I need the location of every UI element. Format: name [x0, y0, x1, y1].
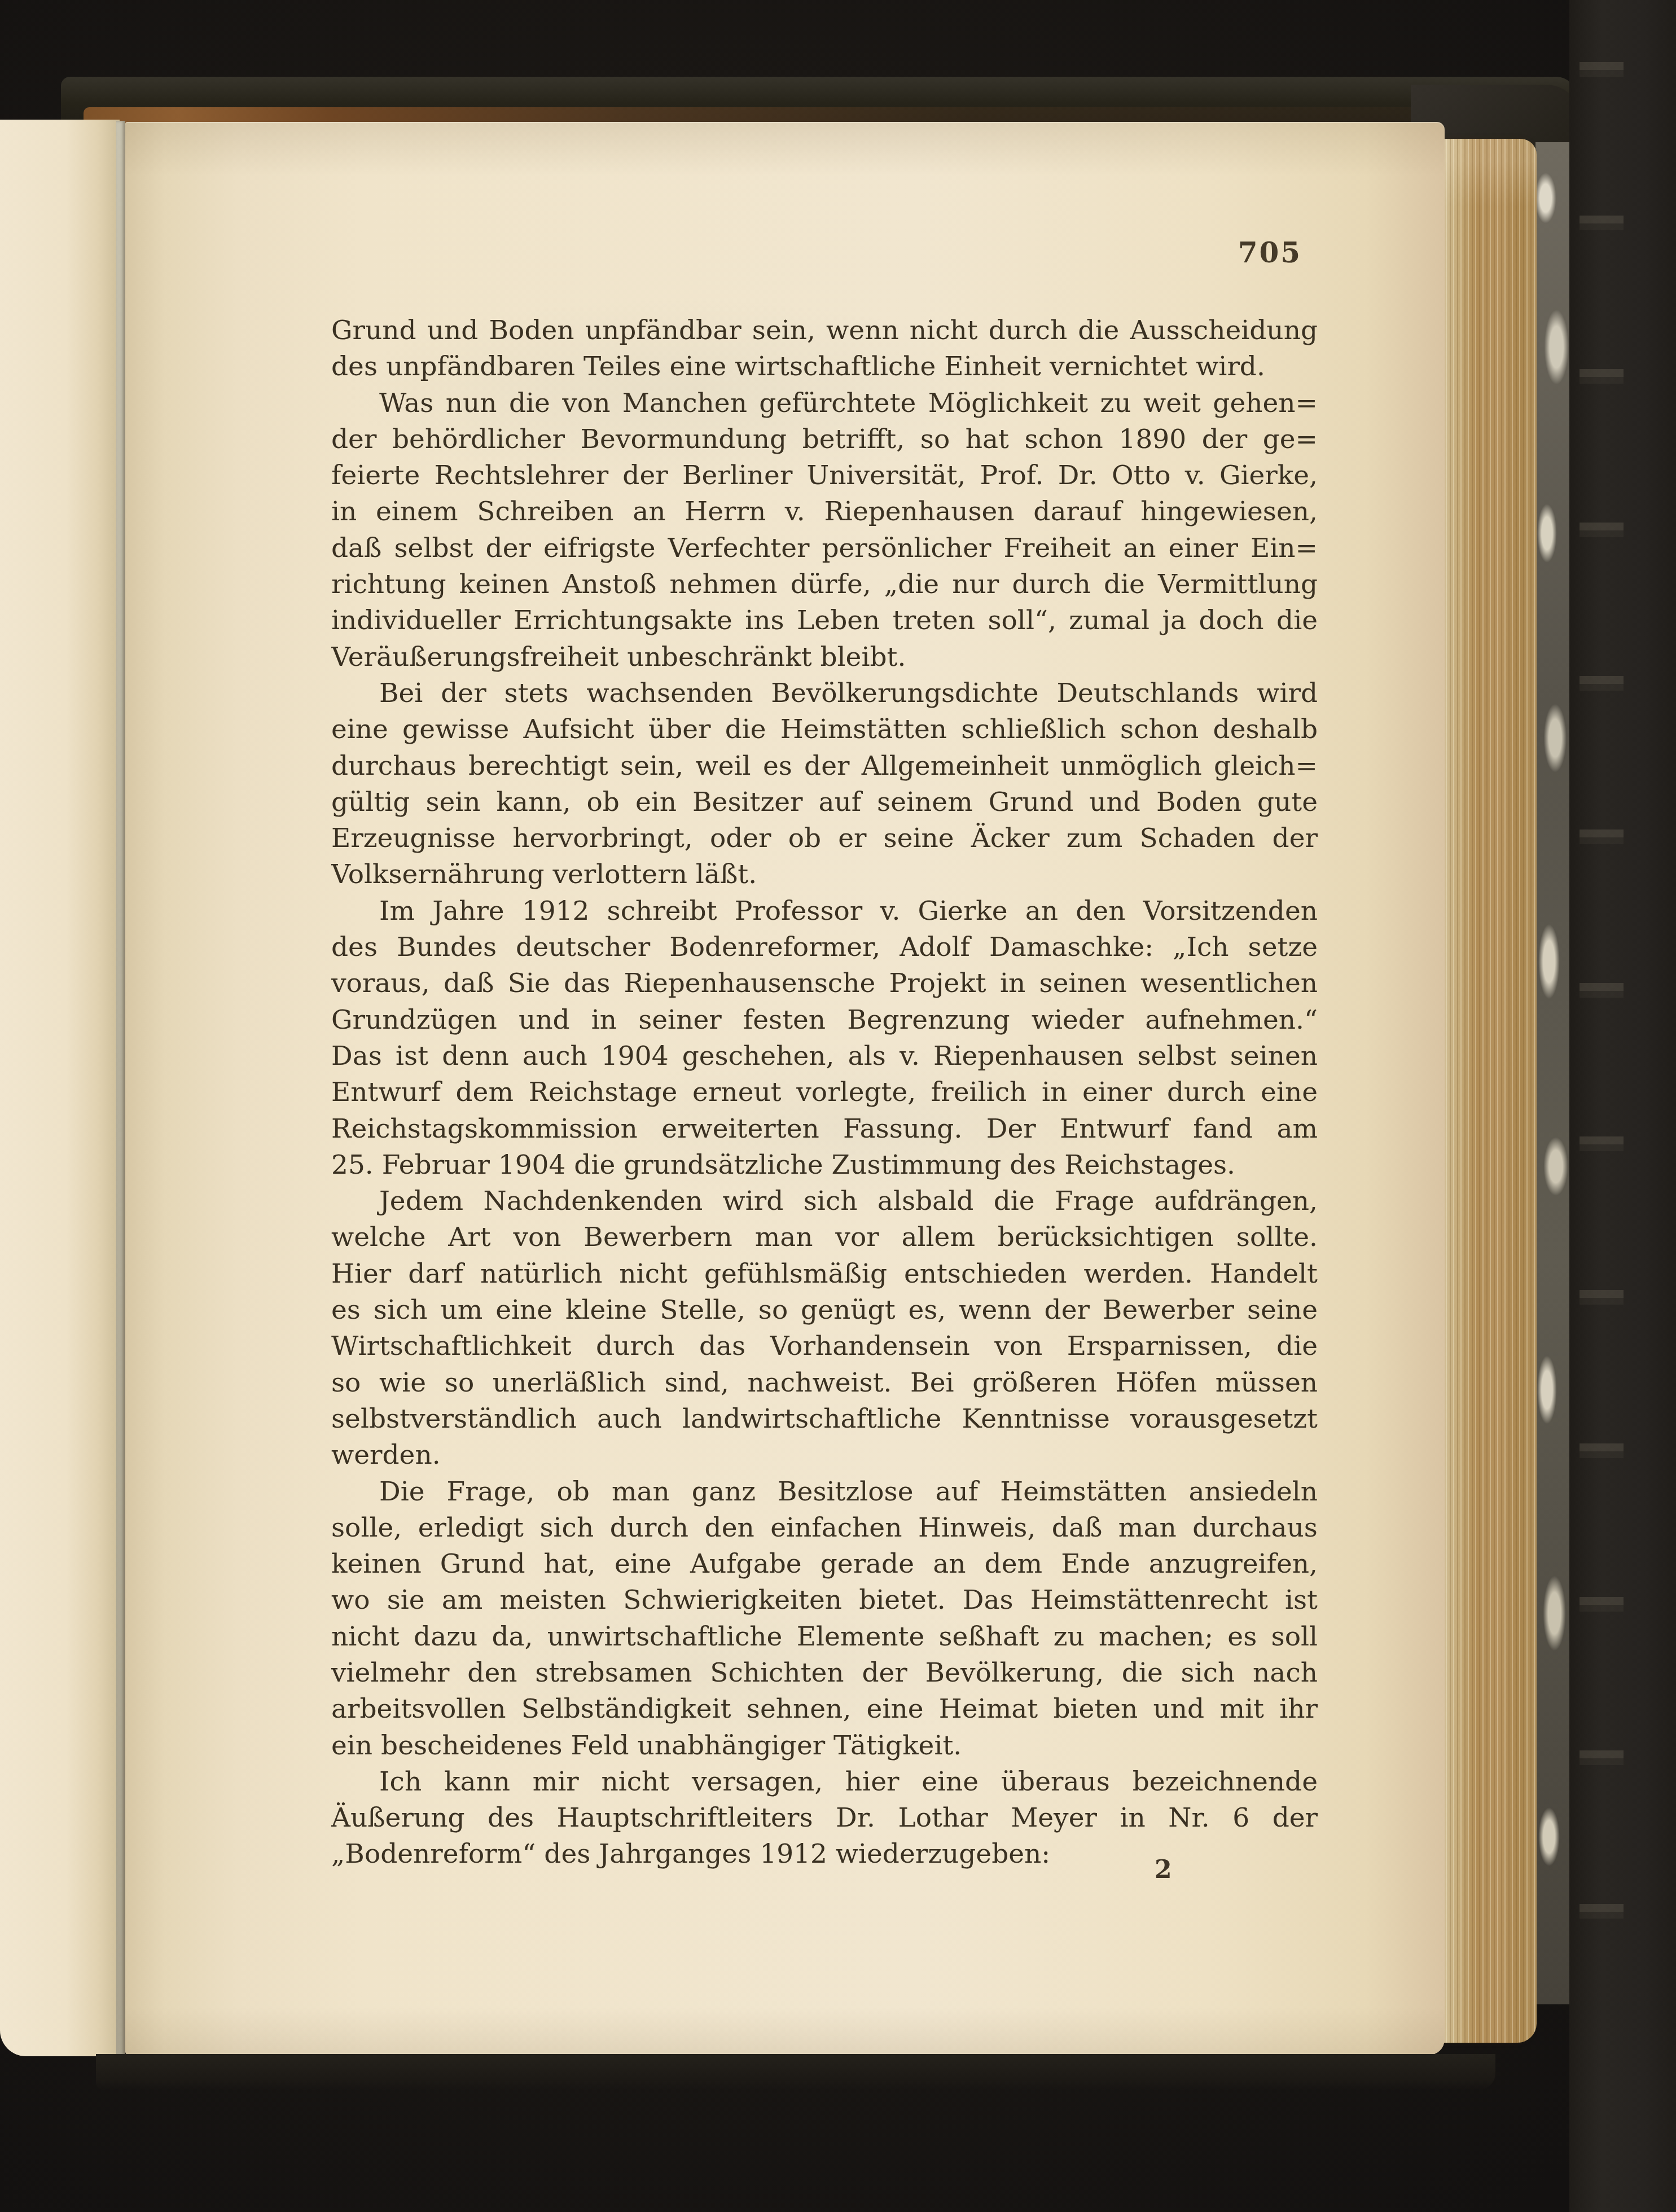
signature-mark: 2 — [1155, 1855, 1173, 1884]
book-cover-bottom-edge — [96, 2054, 1495, 2090]
text-line: Wirtschaftlichkeit durch das Vorhandense… — [331, 1328, 1318, 1364]
text-line: 25. Februar 1904 die grundsätzliche Zust… — [331, 1147, 1318, 1183]
text-line: ein bescheidenes Feld unabhängiger Tätig… — [331, 1728, 1318, 1764]
text-line: des Bundes deutscher Bodenreformer, Adol… — [331, 929, 1318, 965]
text-line: solle, erledigt sich durch den einfachen… — [331, 1510, 1318, 1546]
text-line: selbstverständlich auch landwirtschaftli… — [331, 1401, 1318, 1437]
text-line: der behördlicher Bevormundung betrifft, … — [331, 422, 1318, 458]
text-line: Im Jahre 1912 schreibt Professor v. Gier… — [331, 893, 1318, 929]
text-line: daß selbst der eifrigste Verfechter pers… — [331, 530, 1318, 567]
text-line: wo sie am meisten Schwierigkeiten bietet… — [331, 1582, 1318, 1618]
text-line: Jedem Nachdenkenden wird sich alsbald di… — [331, 1183, 1318, 1219]
text-line: vielmehr den strebsamen Schichten der Be… — [331, 1655, 1318, 1691]
text-line: Die Frage, ob man ganz Besitzlose auf He… — [331, 1474, 1318, 1510]
text-line: nicht dazu da, unwirtschaftliche Element… — [331, 1619, 1318, 1655]
text-line: Das ist denn auch 1904 geschehen, als v.… — [331, 1038, 1318, 1074]
text-line: durchaus berechtigt sein, weil es der Al… — [331, 748, 1318, 784]
gutter-crease — [116, 121, 125, 2056]
book-photograph: 705 Grund und Boden unpfändbar sein, wen… — [0, 0, 1676, 2212]
text-line: Erzeugnisse hervorbringt, oder ob er sei… — [331, 820, 1318, 857]
text-line: gültig sein kann, ob ein Besitzer auf se… — [331, 784, 1318, 820]
text-line: des unpfändbaren Teiles eine wirtschaftl… — [331, 349, 1318, 385]
text-line: keinen Grund hat, eine Aufgabe gerade an… — [331, 1546, 1318, 1582]
text-line: es sich um eine kleine Stelle, so genügt… — [331, 1292, 1318, 1328]
text-line: Äußerung des Hauptschriftleiters Dr. Lot… — [331, 1800, 1318, 1836]
book-cover-cloth — [1569, 0, 1676, 2212]
facing-page-sliver — [0, 120, 120, 2056]
text-line: Grundzügen und in seiner festen Begrenzu… — [331, 1002, 1318, 1038]
text-line: voraus, daß Sie das Riepenhausensche Pro… — [331, 965, 1318, 1002]
text-line: so wie so unerläßlich sind, nachweist. B… — [331, 1365, 1318, 1401]
text-line: individueller Errichtungsakte ins Leben … — [331, 603, 1318, 639]
text-line: Grund und Boden unpfändbar sein, wenn ni… — [331, 313, 1318, 349]
text-line: welche Art von Bewerbern man vor allem b… — [331, 1219, 1318, 1256]
book-page: 705 Grund und Boden unpfändbar sein, wen… — [125, 122, 1445, 2055]
text-line: Was nun die von Manchen gefürchtete Mögl… — [331, 385, 1318, 422]
text-line: richtung keinen Anstoß nehmen dürfe, „di… — [331, 567, 1318, 603]
text-line: eine gewisse Aufsicht über die Heimstätt… — [331, 712, 1318, 748]
page-fore-edge — [1442, 139, 1537, 2043]
text-line: Veräußerungsfreiheit unbeschränkt bleibt… — [331, 639, 1318, 675]
page-number: 705 — [1238, 236, 1302, 269]
text-line: arbeitsvollen Selbständigkeit sehnen, ei… — [331, 1691, 1318, 1727]
text-line: Entwurf dem Reichstage erneut vorlegte, … — [331, 1074, 1318, 1111]
text-line: Volksernährung verlottern läßt. — [331, 857, 1318, 893]
text-line: feierte Rechtslehrer der Berliner Univer… — [331, 458, 1318, 494]
text-line: Bei der stets wachsenden Bevölkerungsdic… — [331, 675, 1318, 712]
marbled-paper-edge — [1535, 142, 1569, 2004]
stitch-marks — [1580, 62, 1624, 1935]
text-block: Grund und Boden unpfändbar sein, wenn ni… — [331, 313, 1318, 1873]
text-line: Reichstagskommission erweiterten Fassung… — [331, 1111, 1318, 1147]
text-line: in einem Schreiben an Herrn v. Riepenhau… — [331, 494, 1318, 530]
text-line: werden. — [331, 1437, 1318, 1473]
text-line: Hier darf natürlich nicht gefühlsmäßig e… — [331, 1256, 1318, 1292]
text-line: Ich kann mir nicht versagen, hier eine ü… — [331, 1764, 1318, 1800]
